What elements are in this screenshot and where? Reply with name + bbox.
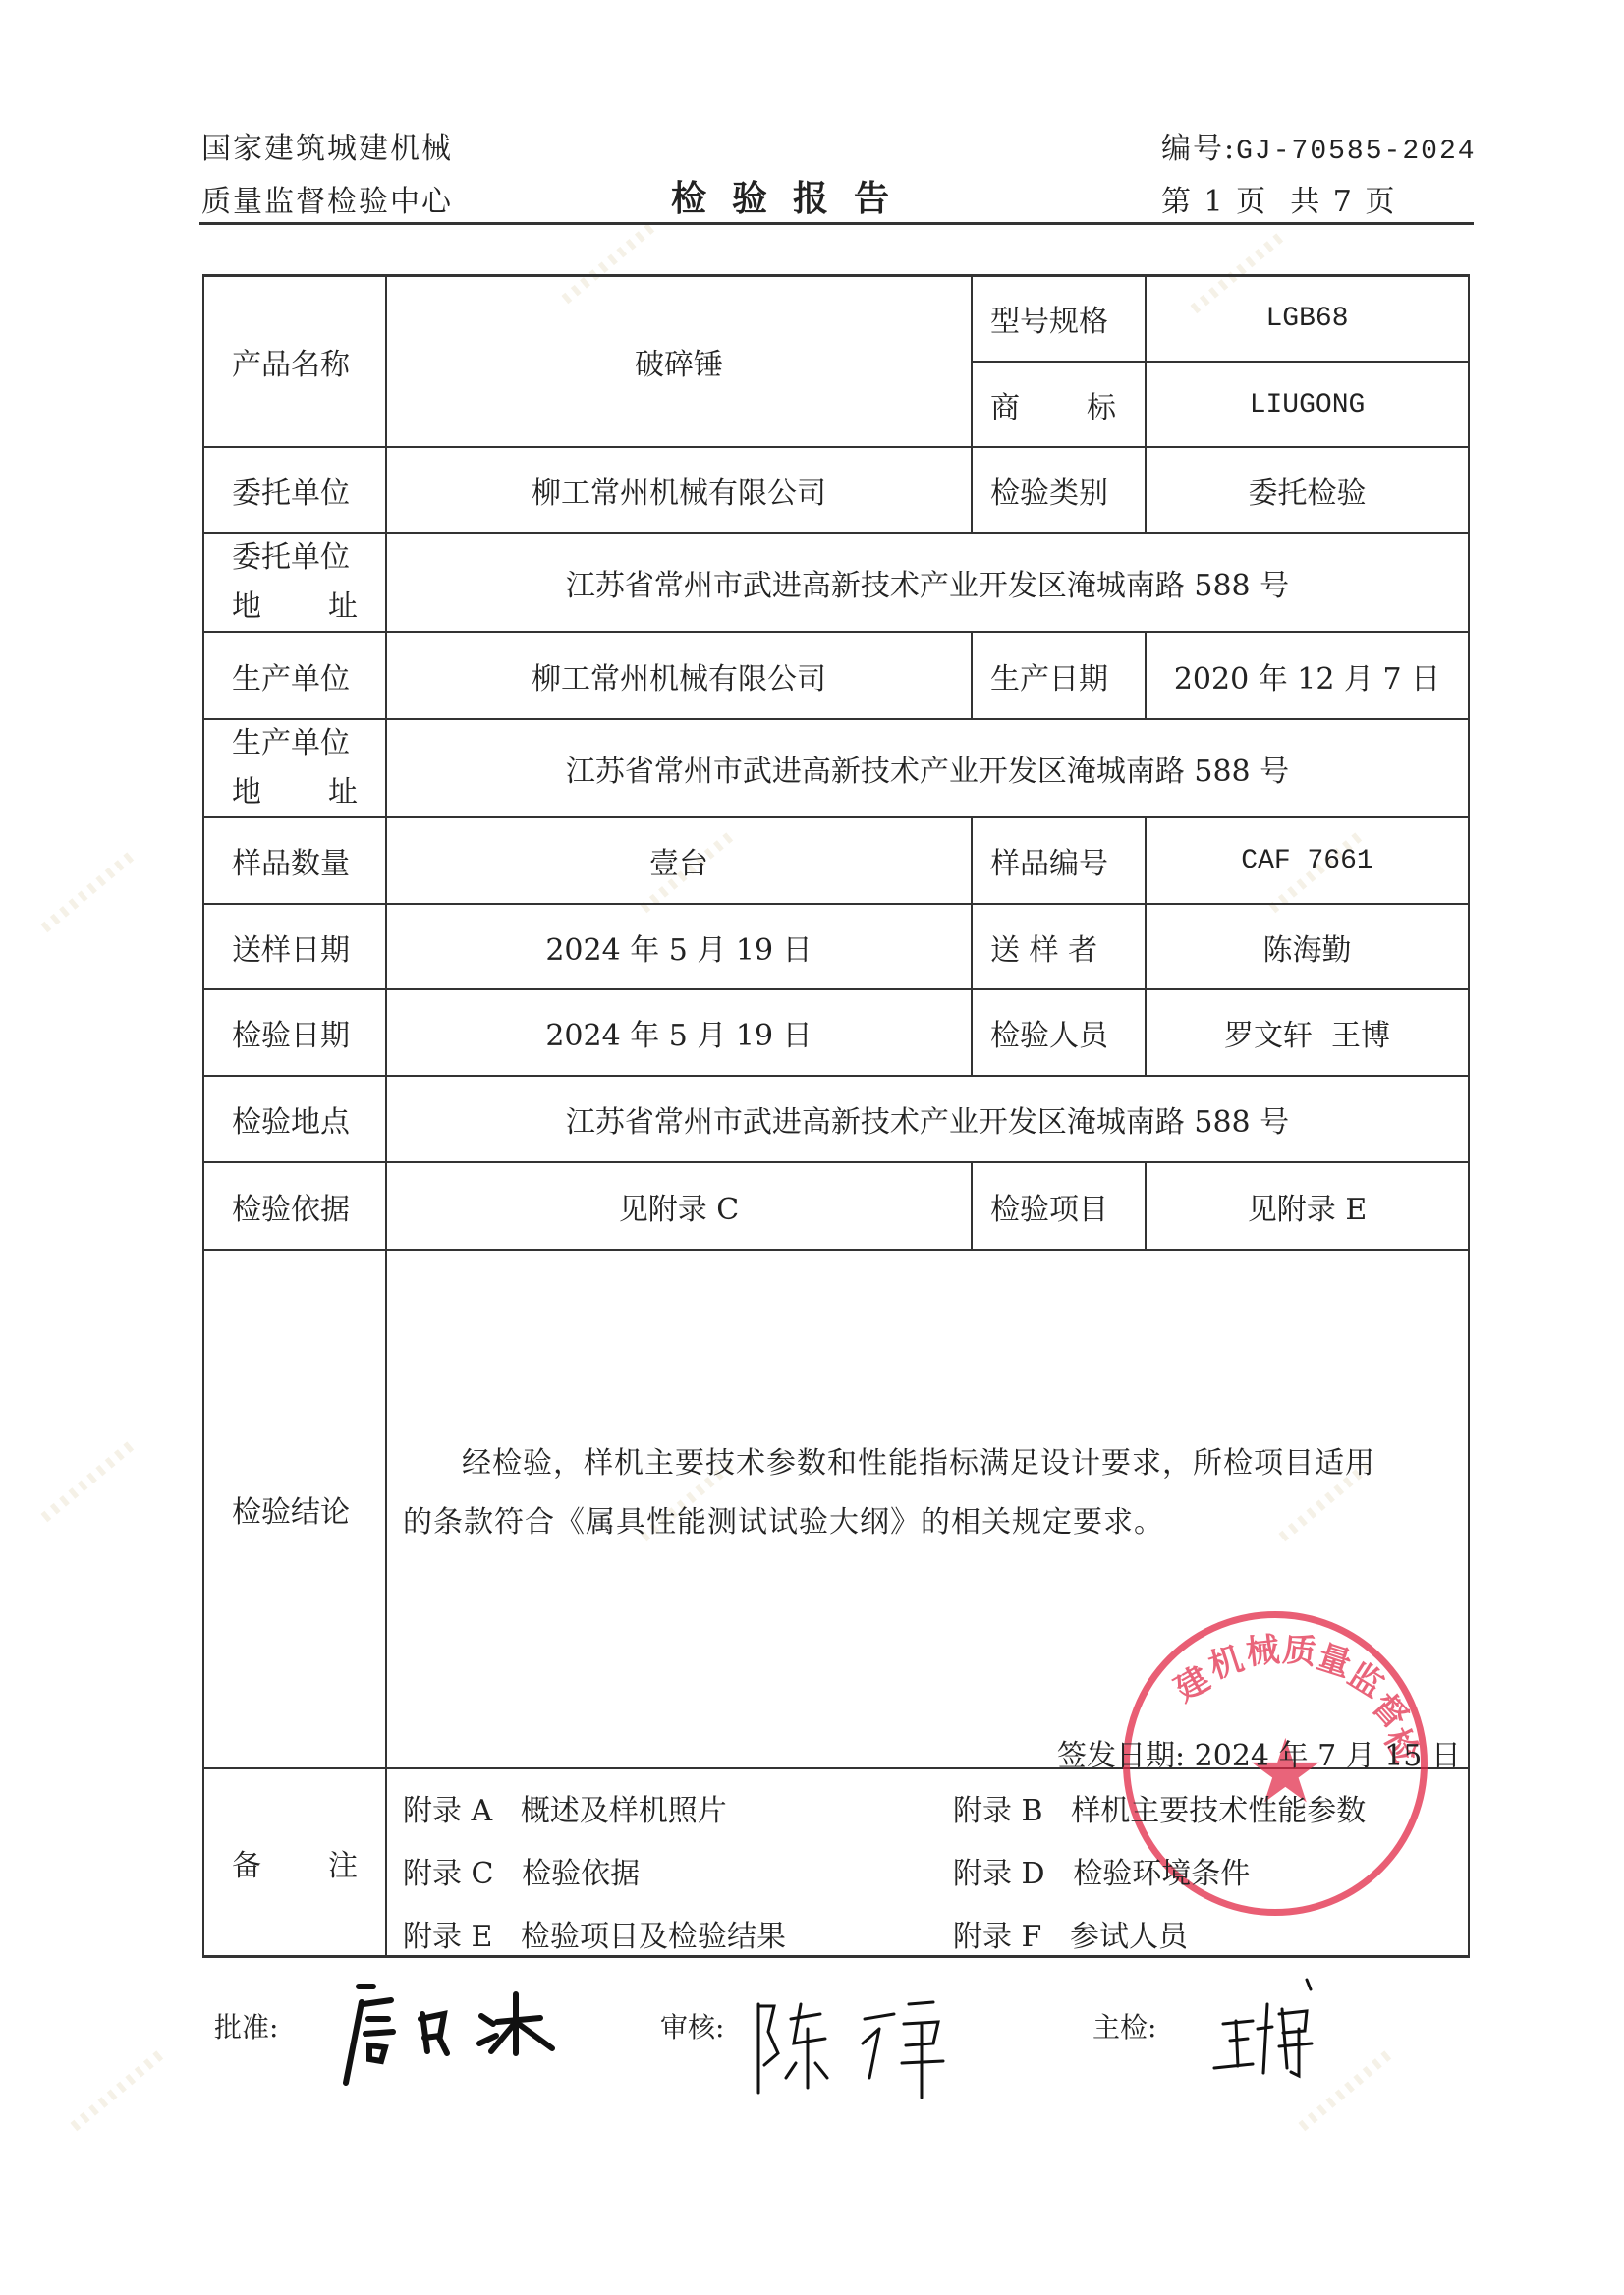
approve-label: 批准: — [214, 2006, 278, 2045]
sample-qty-value: 壹台 — [387, 818, 971, 903]
client-value: 柳工常州机械有限公司 — [387, 448, 971, 532]
production-date-value: 2020 年 12 月 7 日 — [1147, 633, 1468, 718]
watermark: ▮ ▮ ▮ ▮ ▮ ▮ ▮ ▮ ▮ ▮ — [38, 1438, 137, 1525]
model-value: LGB68 — [1147, 276, 1468, 361]
inspectors-value: 罗文轩 王博 — [1147, 990, 1468, 1075]
conclusion-line2: 的条款符合《属具性能测试试验大纲》的相关规定要求。 — [403, 1493, 1164, 1552]
inspection-type-value: 委托检验 — [1147, 448, 1468, 532]
appendix-item: 附录 B 样机主要技术性能参数 — [953, 1786, 1366, 1829]
production-date-label: 生产日期 — [973, 633, 1145, 718]
product-name-label: 产品名称 — [204, 276, 385, 447]
row-divider — [202, 1249, 1470, 1251]
report-number: 编号:GJ-70585-2024 — [1161, 124, 1477, 167]
manufacturer-label: 生产单位 — [204, 633, 385, 718]
report-number-value: GJ-70585-2024 — [1236, 137, 1476, 167]
manufacturer-address-value: 江苏省常州市武进高新技术产业开发区淹城南路 588 号 — [387, 720, 1468, 816]
seal-text: 建 — [1164, 1652, 1217, 1710]
page-info: 第 1 页 共 7 页 — [1161, 177, 1396, 220]
sample-no-label: 样品编号 — [973, 818, 1145, 903]
inspection-items-label: 检验项目 — [973, 1163, 1145, 1249]
remarks-label: 备注 — [204, 1769, 385, 1955]
inspection-type-label: 检验类别 — [973, 448, 1145, 532]
report-number-label: 编号: — [1161, 132, 1236, 166]
table-border-right — [1468, 274, 1470, 1958]
inspection-items-value: 见附录 E — [1147, 1163, 1468, 1249]
chief-inspector-label: 主检: — [1092, 2006, 1156, 2045]
delivery-date-value: 2024 年 5 月 19 日 — [387, 905, 971, 988]
brand-label: 商标 — [973, 363, 1145, 447]
org-name-line2: 质量监督检验中心 — [201, 177, 453, 220]
chief-inspector-signature — [1208, 1970, 1356, 2088]
table-border-bottom — [202, 1955, 1470, 1958]
inspection-basis-value: 见附录 C — [387, 1163, 971, 1249]
issue-date: 签发日期: 2024 年 7 月 15 日 — [1057, 1731, 1461, 1774]
inspection-basis-label: 检验依据 — [204, 1163, 385, 1249]
appendix-item: 附录 A 概述及样机照片 — [403, 1786, 727, 1829]
report-title: 检验报告 — [671, 171, 915, 221]
watermark: ▮ ▮ ▮ ▮ ▮ ▮ ▮ ▮ ▮ ▮ — [68, 2047, 166, 2134]
watermark: ▮ ▮ ▮ ▮ ▮ ▮ ▮ ▮ ▮ ▮ — [38, 849, 137, 935]
appendix-item: 附录 D 检验环境条件 — [953, 1849, 1250, 1892]
inspectors-label: 检验人员 — [973, 990, 1145, 1075]
client-address-label: 委托单位 地址 — [204, 534, 385, 631]
appendix-item: 附录 F 参试人员 — [953, 1912, 1188, 1955]
delivery-date-label: 送样日期 — [204, 905, 385, 988]
inspection-site-label: 检验地点 — [204, 1077, 385, 1161]
review-label: 审核: — [660, 2006, 724, 2045]
brand-value: LIUGONG — [1147, 363, 1468, 447]
inspection-site-value: 江苏省常州市武进高新技术产业开发区淹城南路 588 号 — [387, 1077, 1468, 1161]
appendix-item: 附录 E 检验项目及检验结果 — [403, 1912, 786, 1955]
product-name-value: 破碎锤 — [387, 276, 971, 447]
client-label: 委托单位 — [204, 448, 385, 532]
inspection-date-label: 检验日期 — [204, 990, 385, 1075]
appendix-item: 附录 C 检验依据 — [403, 1849, 640, 1892]
model-label: 型号规格 — [973, 276, 1145, 361]
client-address-value: 江苏省常州市武进高新技术产业开发区淹城南路 588 号 — [387, 534, 1468, 631]
inspection-date-value: 2024 年 5 月 19 日 — [387, 990, 971, 1075]
manufacturer-address-label: 生产单位 地址 — [204, 720, 385, 816]
org-name-line1: 国家建筑城建机械 — [201, 124, 453, 167]
conclusion-label: 检验结论 — [204, 1251, 385, 1767]
approve-signature — [305, 1975, 599, 2093]
review-signature — [747, 1985, 973, 2102]
manufacturer-value: 柳工常州机械有限公司 — [387, 633, 971, 718]
header-rule — [199, 222, 1474, 225]
conclusion-line1: 经检验，样机主要技术参数和性能指标满足设计要求，所检项目适用 — [462, 1434, 1375, 1493]
sample-no-value: CAF 7661 — [1147, 818, 1468, 903]
deliverer-value: 陈海勤 — [1147, 905, 1468, 988]
deliverer-label: 送 样 者 — [973, 905, 1145, 988]
sample-qty-label: 样品数量 — [204, 818, 385, 903]
